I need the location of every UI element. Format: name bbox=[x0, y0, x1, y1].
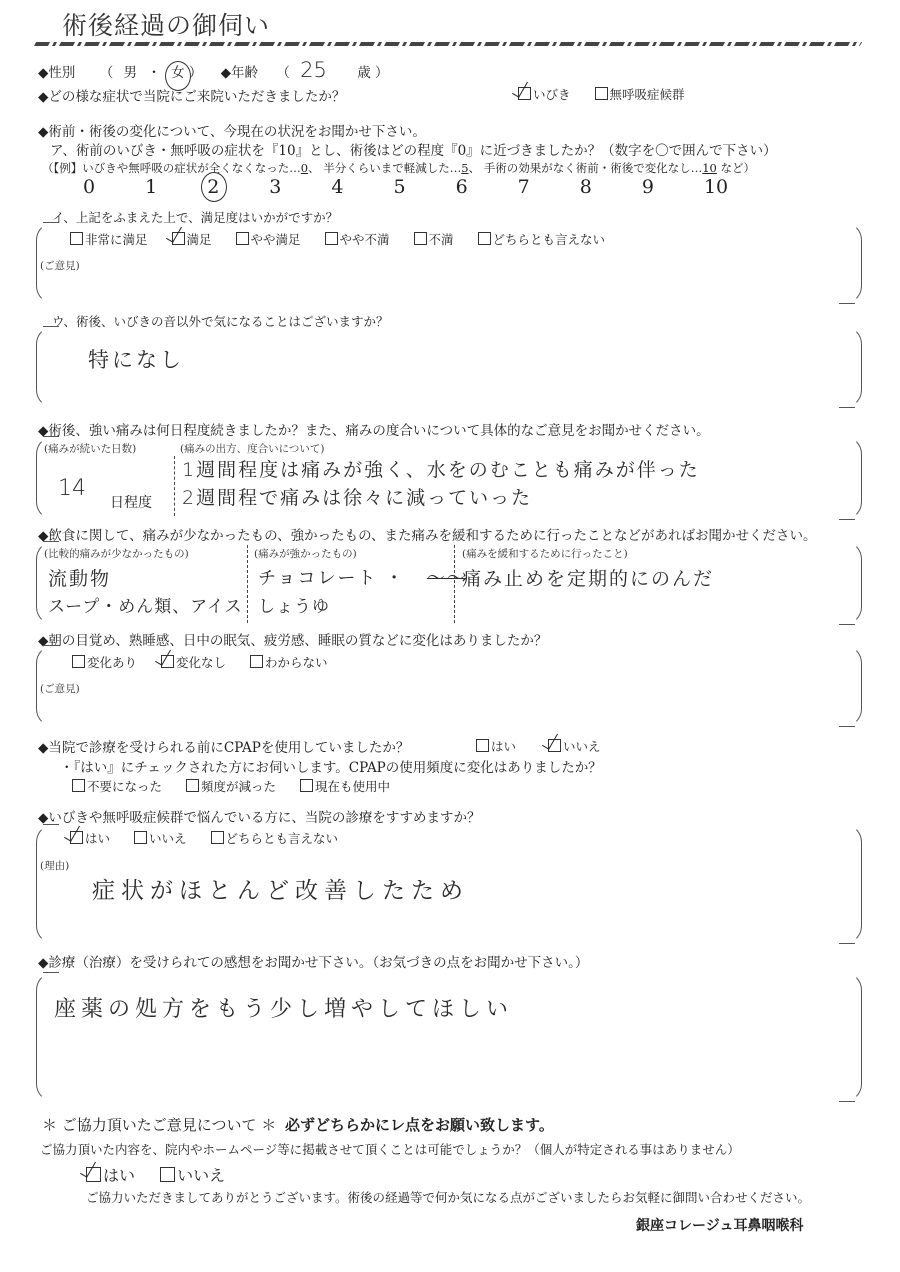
checkbox[interactable] bbox=[186, 779, 199, 792]
checkbox[interactable] bbox=[161, 655, 174, 668]
clinic-name: 銀座コレージュ耳鼻咽喉科 bbox=[636, 1215, 803, 1235]
food-more-label: (痛みが強かったもの) bbox=[254, 546, 357, 561]
consent-options: はい いいえ bbox=[86, 1163, 245, 1186]
scale-option-selected[interactable]: 2 bbox=[207, 176, 264, 198]
option-changed[interactable]: 変化あり bbox=[72, 653, 137, 671]
cpap-options: はい いいえ bbox=[476, 737, 621, 755]
checkbox[interactable] bbox=[70, 831, 83, 844]
option-still-using[interactable]: 現在も使用中 bbox=[300, 777, 390, 795]
option-consent-yes[interactable]: はい bbox=[86, 1163, 135, 1186]
pain-days-label: (痛みが続いた日数) bbox=[44, 441, 136, 456]
option-recommend-no[interactable]: いいえ bbox=[134, 829, 187, 847]
scale-option[interactable]: 10 bbox=[704, 176, 761, 198]
option-satisfied[interactable]: 満足 bbox=[172, 230, 212, 248]
checkbox[interactable] bbox=[518, 87, 531, 100]
option-apnea[interactable]: 無呼吸症候群 bbox=[595, 85, 685, 103]
sleep-comment-label: (ご意見) bbox=[40, 681, 80, 696]
cpap-followup-options: 不要になった 頻度が減った 現在も使用中 bbox=[72, 777, 410, 795]
scale-option[interactable]: 3 bbox=[269, 176, 326, 198]
age-unit: 歳 ） bbox=[357, 65, 388, 81]
food-relief-label: (痛みを緩和するために行ったこと) bbox=[462, 546, 628, 561]
impression-question: ◆診療（治療）を受けられての感想をお聞かせ下さい。（お気づきの点をお聞かせ下さい… bbox=[38, 951, 588, 971]
struck-out-text: 〜〜 bbox=[427, 568, 467, 589]
scale-option[interactable]: 4 bbox=[331, 176, 388, 198]
checkbox[interactable] bbox=[476, 739, 489, 752]
gender-label: ◆性別 bbox=[38, 65, 75, 81]
food-less-line-2[interactable]: スープ・めん類、アイス bbox=[48, 592, 243, 617]
recommend-reason-label: (理由) bbox=[40, 858, 69, 873]
checkbox[interactable] bbox=[211, 831, 224, 844]
pain-days-unit: 日程度 bbox=[110, 492, 152, 512]
option-recommend-yes[interactable]: はい bbox=[70, 829, 110, 847]
change-example: （【例】いびきや無呼吸の症状が全くなくなった…0、 半分くらいまで軽減した…5、… bbox=[42, 160, 755, 176]
option-dissatisfied[interactable]: 不満 bbox=[414, 230, 454, 248]
improvement-scale: 0 1 2 3 4 5 6 7 8 9 10 bbox=[83, 176, 761, 198]
sleep-options: 変化あり 変化なし わからない bbox=[72, 653, 348, 671]
checkbox[interactable] bbox=[70, 232, 83, 245]
consent-heading: ＊ ご協力頂いたご意見について ＊ 必ずどちらかにレ点をお願い致します。 bbox=[42, 1114, 554, 1135]
checkbox[interactable] bbox=[478, 232, 491, 245]
scale-option[interactable]: 1 bbox=[145, 176, 202, 198]
option-snoring[interactable]: いびき bbox=[518, 85, 571, 103]
recommend-question: ◆いびきや無呼吸症候群で悩んでいる方に、当院の診療をすすめますか？ bbox=[38, 806, 481, 826]
impression-answer[interactable]: 座薬の処方をもう少し増やしてほしい bbox=[54, 992, 513, 1023]
checkbox[interactable] bbox=[548, 739, 561, 752]
checkbox[interactable] bbox=[236, 232, 249, 245]
option-neither[interactable]: どちらとも言えない bbox=[478, 230, 606, 248]
cpap-question: ◆当院で診療を受けられる前にCPAPを使用していましたか？ bbox=[38, 736, 409, 756]
food-less-label: (比較的痛みが少なかったもの) bbox=[44, 546, 189, 561]
checkbox[interactable] bbox=[595, 87, 608, 100]
checkbox[interactable] bbox=[250, 655, 263, 668]
food-more-line-2[interactable]: しょうゆ bbox=[258, 592, 330, 617]
food-more-line-1[interactable]: チョコレート ・ 〜〜 bbox=[258, 564, 467, 590]
option-unknown[interactable]: わからない bbox=[250, 653, 328, 671]
title-divider bbox=[34, 42, 862, 46]
checkbox[interactable] bbox=[172, 232, 185, 245]
checkbox[interactable] bbox=[325, 232, 338, 245]
cpap-followup-question: ・『はい』にチェックされた方にお伺いします。CPAPの使用頻度に変化はありました… bbox=[60, 756, 602, 776]
scale-option[interactable]: 0 bbox=[83, 176, 140, 198]
food-relief-line-1[interactable]: 痛み止めを定期的にのんだ bbox=[462, 564, 714, 591]
food-divider-2 bbox=[454, 545, 455, 623]
food-divider-1 bbox=[247, 545, 248, 623]
scale-option[interactable]: 7 bbox=[518, 176, 575, 198]
checkbox[interactable] bbox=[300, 779, 313, 792]
checkbox[interactable] bbox=[414, 232, 427, 245]
satisfaction-comment-label: (ご意見) bbox=[40, 258, 80, 273]
option-consent-no[interactable]: いいえ bbox=[160, 1163, 225, 1186]
visit-reason-options: いびき 無呼吸症候群 bbox=[518, 85, 705, 103]
scale-option[interactable]: 6 bbox=[456, 176, 513, 198]
option-recommend-neither[interactable]: どちらとも言えない bbox=[211, 829, 339, 847]
scale-option[interactable]: 8 bbox=[580, 176, 637, 198]
food-less-line-1[interactable]: 流動物 bbox=[48, 564, 111, 591]
option-frequency-reduced[interactable]: 頻度が減った bbox=[186, 777, 276, 795]
pain-detail-line-2[interactable]: 2週間程で痛みは徐々に減っていった bbox=[182, 483, 532, 510]
checkbox[interactable] bbox=[134, 831, 147, 844]
option-no-longer-needed[interactable]: 不要になった bbox=[72, 777, 162, 795]
age-label: ◆年齢 bbox=[221, 65, 258, 81]
option-somewhat-dissatisfied[interactable]: やや不満 bbox=[325, 230, 390, 248]
scale-option[interactable]: 9 bbox=[642, 176, 699, 198]
thanks-message: ご協力いただきましてありがとうございます。術後の経過等で何か気になる点がございま… bbox=[86, 1188, 810, 1206]
change-question: ◆術前・術後の変化について、今現在の状況をお聞かせ下さい。 bbox=[38, 120, 426, 140]
visit-reason-question: ◆どの様な症状で当院にご来院いただきましたか？ bbox=[38, 85, 345, 105]
gender-option-male[interactable]: 男 bbox=[123, 65, 137, 81]
profile-row: ◆性別 （ 男 ・ 女 ） ◆年齢 （ 25 歳 ） bbox=[38, 58, 388, 82]
other-concerns-answer[interactable]: 特になし bbox=[88, 344, 184, 374]
page-title: 術後経過の御伺い bbox=[62, 6, 270, 42]
option-very-satisfied[interactable]: 非常に満足 bbox=[70, 230, 148, 248]
consent-question: ご協力頂いた内容を、院内やホームページ等に掲載させて頂くことは可能でしょうか？（… bbox=[40, 1140, 740, 1158]
checkbox[interactable] bbox=[160, 1167, 175, 1182]
pain-detail-line-1[interactable]: 1週間程度は痛みが強く、水をのむことも痛みが伴った bbox=[182, 455, 700, 482]
age-value[interactable]: 25 bbox=[300, 58, 327, 82]
pain-divider bbox=[174, 456, 175, 516]
option-somewhat-satisfied[interactable]: やや満足 bbox=[236, 230, 301, 248]
gender-option-female[interactable]: 女 bbox=[171, 65, 185, 81]
recommend-options: はい いいえ どちらとも言えない bbox=[70, 829, 358, 847]
checkbox[interactable] bbox=[86, 1167, 101, 1182]
pain-detail-label: (痛みの出方、度合いについて) bbox=[180, 441, 324, 456]
option-cpap-no[interactable]: いいえ bbox=[548, 737, 601, 755]
checkbox[interactable] bbox=[72, 655, 85, 668]
option-no-change[interactable]: 変化なし bbox=[161, 653, 226, 671]
option-cpap-yes[interactable]: はい bbox=[476, 737, 516, 755]
scale-option[interactable]: 5 bbox=[393, 176, 450, 198]
recommend-reason[interactable]: 症状がほとんど改善したため bbox=[92, 872, 469, 905]
checkbox[interactable] bbox=[72, 779, 85, 792]
change-sub-question: ア、術前のいびき・無呼吸の症状を『10』とし、術後はどの程度『0』に近づきました… bbox=[50, 139, 777, 159]
pain-days-value[interactable]: 14 bbox=[58, 476, 86, 501]
satisfaction-options: 非常に満足 満足 やや満足 やや不満 不満 どちらとも言えない bbox=[70, 230, 625, 248]
